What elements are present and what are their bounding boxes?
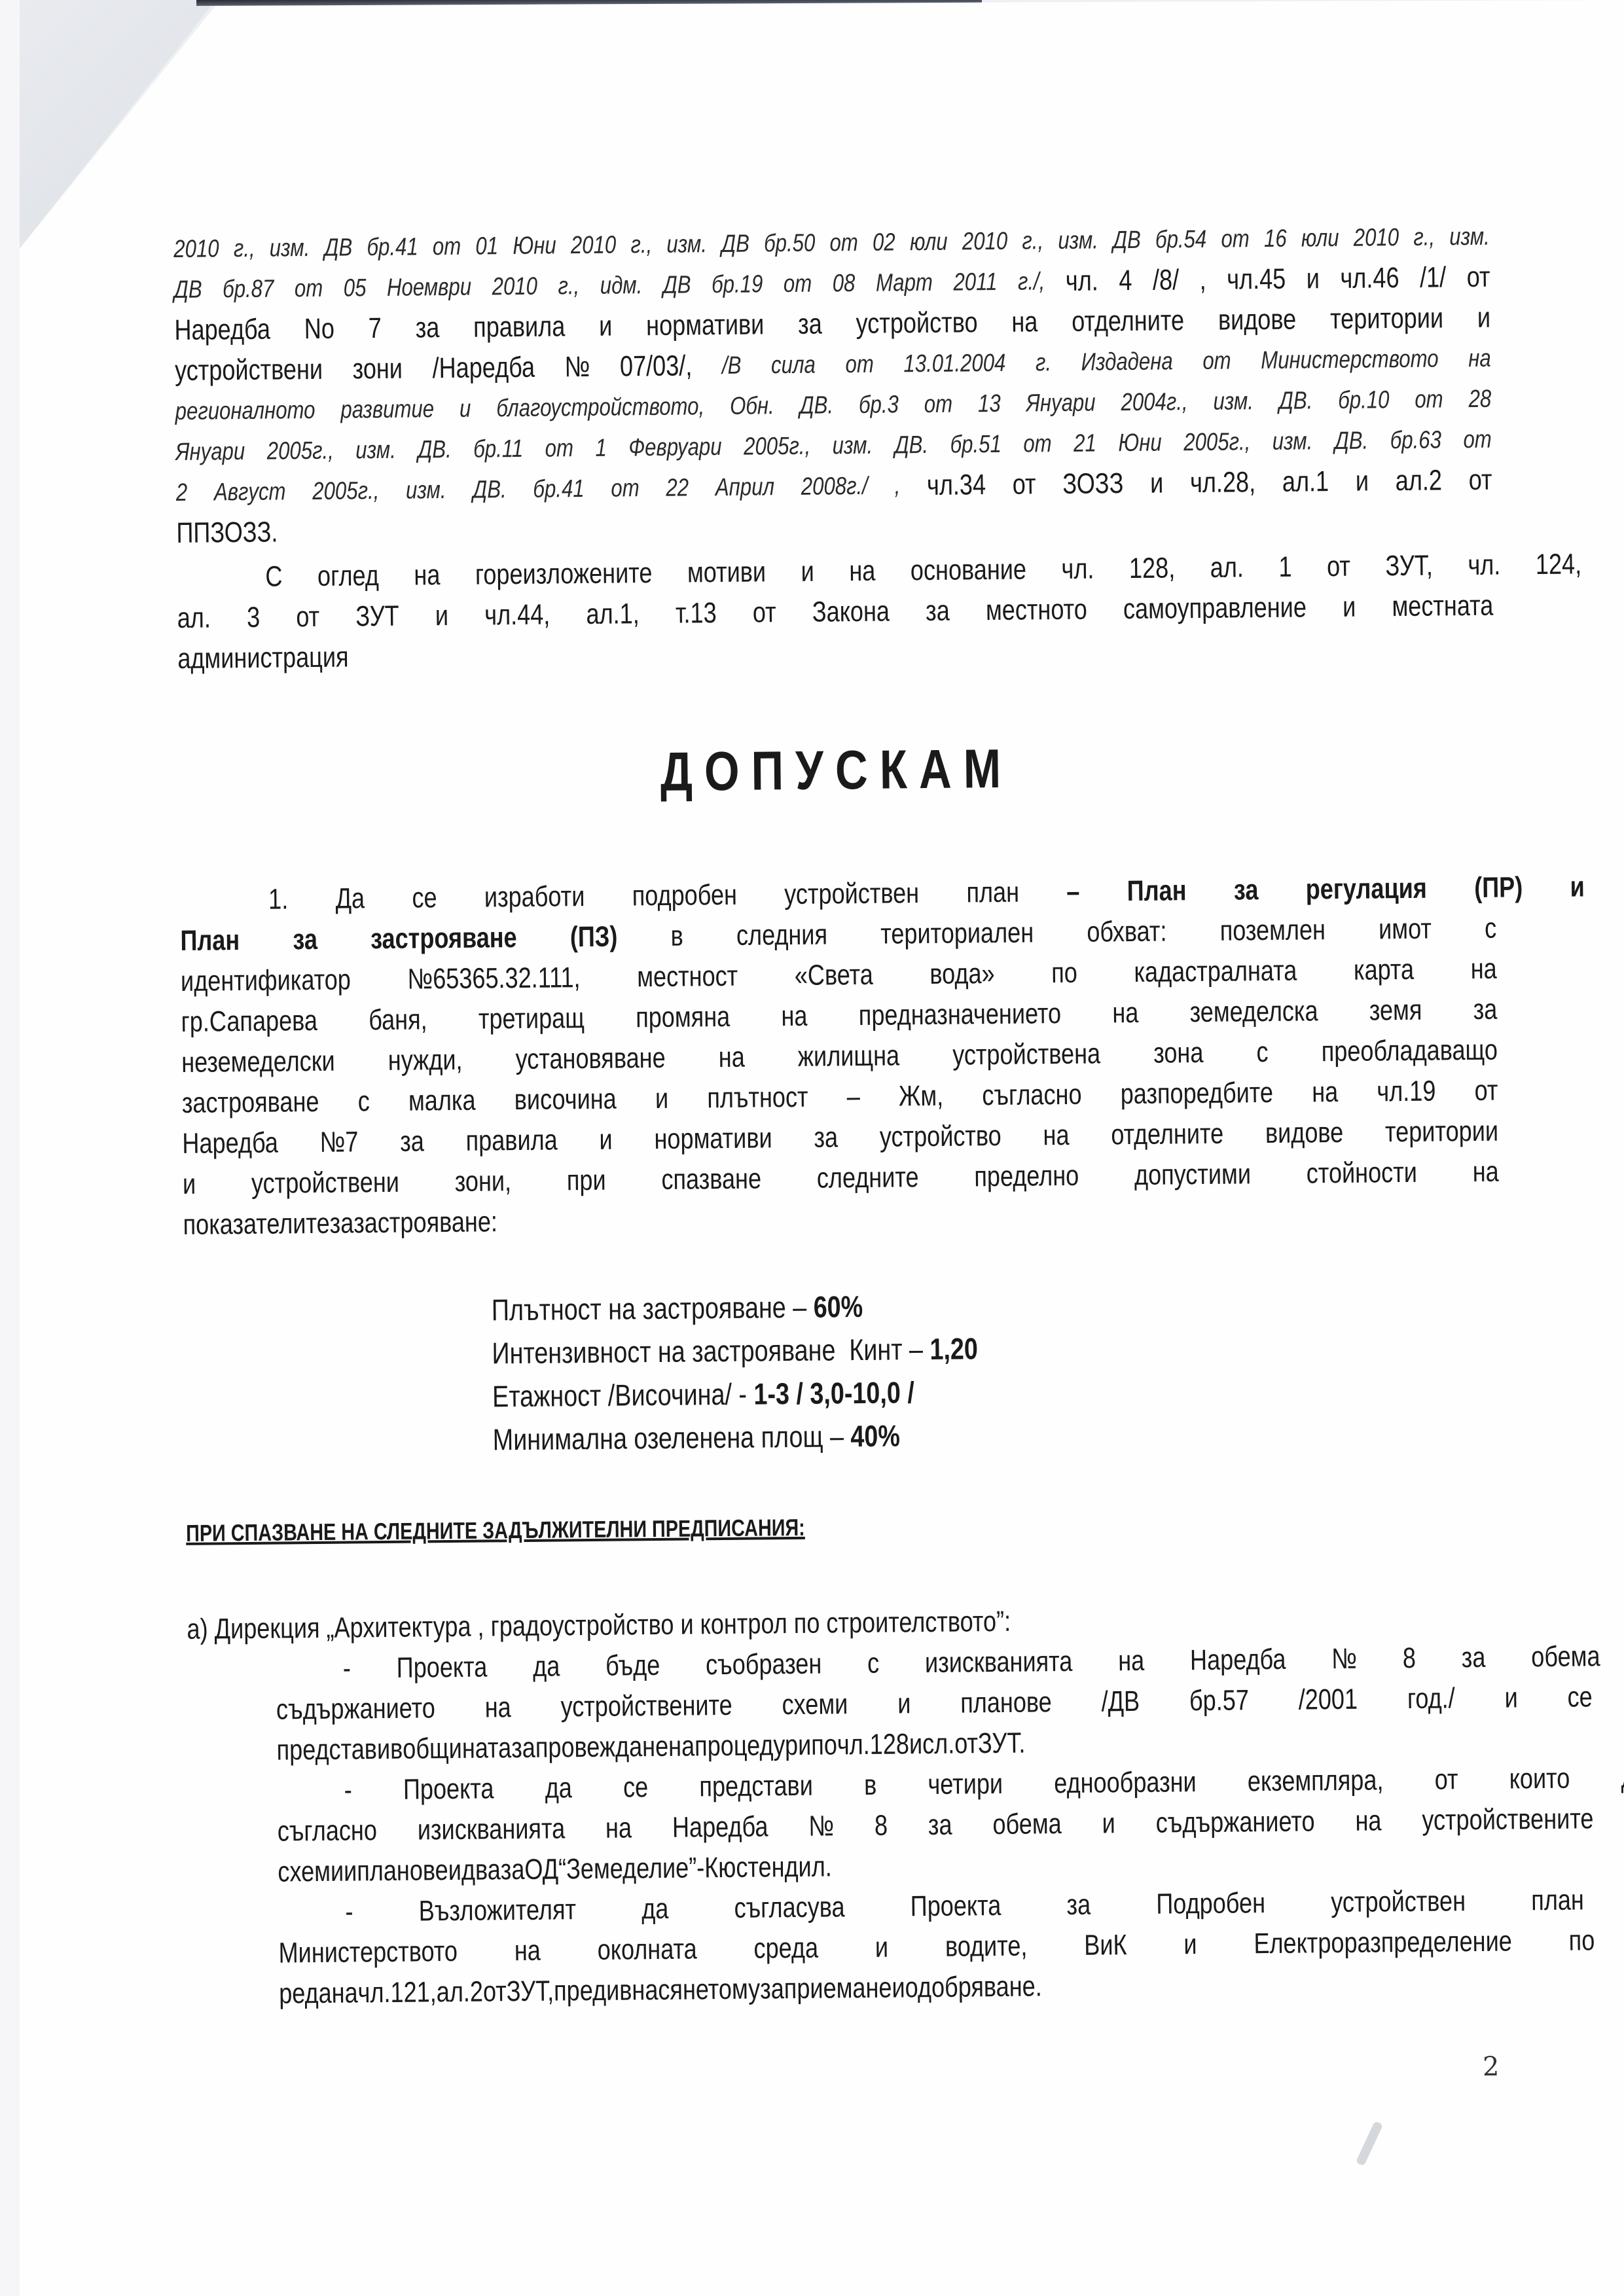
parameter-label: Плътност на застрояване – xyxy=(492,1285,814,1332)
document-body: 2010г.,изм.ДВбр.41от01Юни2010г.,изм.ДВбр… xyxy=(173,217,1506,2015)
building-parameter: Минимална озеленена площ – 40% xyxy=(492,1408,1501,1462)
page-number: 2 xyxy=(1483,2052,1499,2082)
requirements-list: -ПроектадабъдесъобразенсизискваниятанаНа… xyxy=(187,1638,1506,2015)
item-1-paragraph: 1.Дасеизработиподробенустройственплан–Пл… xyxy=(180,868,1499,1246)
building-parameters-list: Плътност на застрояване – 60%Интензивнос… xyxy=(184,1279,1501,1464)
legal-basis-paragraph: 2010г.,изм.ДВбр.41от01Юни2010г.,изм.ДВбр… xyxy=(173,217,1492,554)
parameter-value: 60% xyxy=(813,1285,863,1329)
parameter-value: 1,20 xyxy=(929,1327,978,1371)
prescriptions-title: ПРИ СПАЗВАНЕ НА СЛЕДНИТЕ ЗАДЪЛЖИТЕЛНИ ПР… xyxy=(186,1507,1502,1547)
scanner-background xyxy=(0,0,20,2296)
parameter-label: Минимална озеленена площ – xyxy=(492,1414,850,1461)
motives-paragraph: Согледнагореизложенитемотивиинаоснование… xyxy=(177,545,1494,679)
parameter-label: Интензивност на застрояване Кинт – xyxy=(492,1327,930,1374)
parameter-value: 1-3 / 3,0-10,0 / xyxy=(753,1371,914,1415)
parameter-value: 40% xyxy=(850,1414,900,1458)
decision-heading: ДОПУСКАМ xyxy=(297,733,1376,807)
parameter-label: Етажност /Височина/ - xyxy=(492,1372,754,1418)
